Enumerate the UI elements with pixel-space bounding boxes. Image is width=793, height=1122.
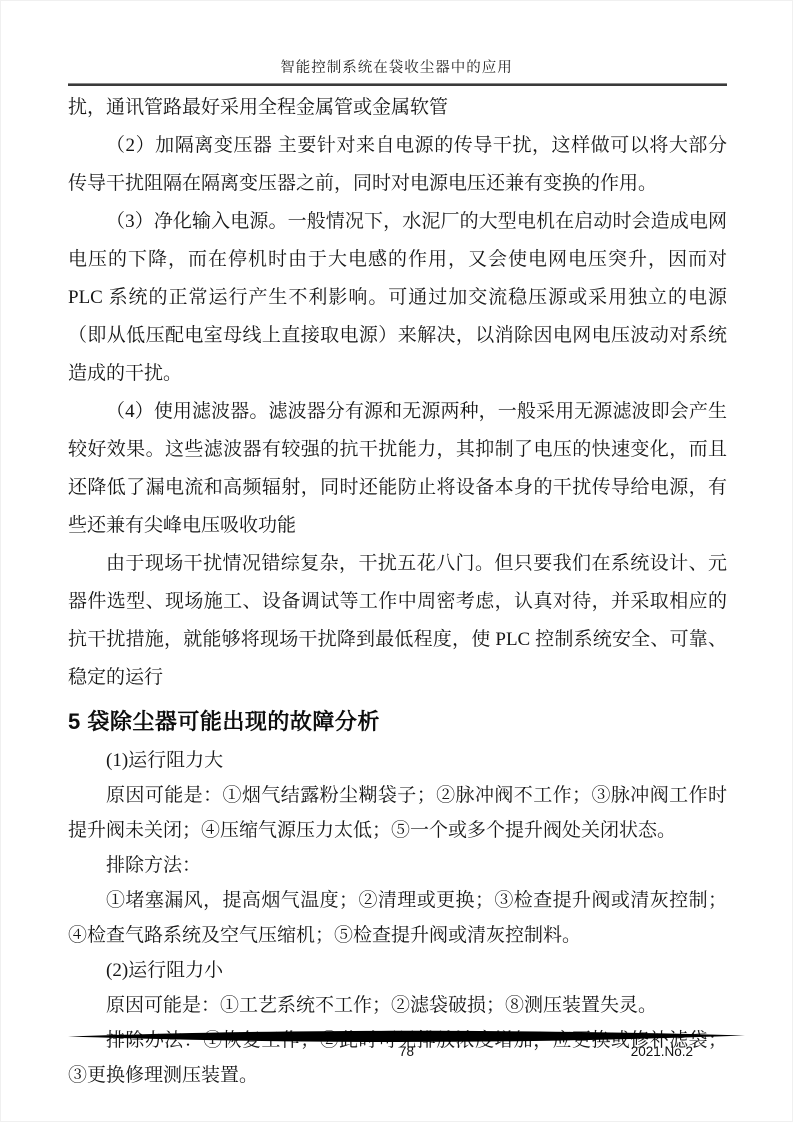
footer-row: 78 2021.No.2 xyxy=(68,1044,745,1062)
body-paragraph: 由于现场干扰情况错综复杂，干扰五花八门。但只要我们在系统设计、元器件选型、现场施… xyxy=(68,545,727,697)
page-number: 78 xyxy=(399,1044,414,1059)
body-paragraph: 排除方法： xyxy=(68,848,727,883)
footer-rule xyxy=(68,1030,745,1043)
section-heading: 5 袋除尘器可能出现的故障分析 xyxy=(68,708,727,736)
page-footer: 78 2021.No.2 xyxy=(68,1030,745,1062)
document-body: 扰，通讯管路最好采用全程金属管或金属软管 （2）加隔离变压器 主要针对来自电源的… xyxy=(68,89,727,1093)
body-paragraph: 原因可能是：①烟气结露粉尘糊袋子；②脉冲阀不工作；③脉冲阀工作时提升阀未关闭；④… xyxy=(68,778,727,848)
issue-label: 2021.No.2 xyxy=(631,1044,693,1059)
body-paragraph: （3）净化输入电源。一般情况下，水泥厂的大型电机在启动时会造成电网电压的下降，而… xyxy=(68,203,727,393)
body-paragraph: (1)运行阻力大 xyxy=(68,743,727,778)
body-paragraph: （2）加隔离变压器 主要针对来自电源的传导干扰，这样做可以将大部分传导干扰阻隔在… xyxy=(68,127,727,203)
body-paragraph: 原因可能是：①工艺系统不工作；②滤袋破损；⑧测压装置失灵。 xyxy=(68,988,727,1023)
document-page: 智能控制系统在袋收尘器中的应用 扰，通讯管路最好采用全程金属管或金属软管 （2）… xyxy=(0,0,793,1122)
running-header: 智能控制系统在袋收尘器中的应用 xyxy=(0,0,793,86)
body-paragraph: （4）使用滤波器。滤波器分有源和无源两种，一般采用无源滤波即会产生较好效果。这些… xyxy=(68,393,727,545)
body-paragraph: (2)运行阻力小 xyxy=(68,953,727,988)
body-paragraph: 扰，通讯管路最好采用全程金属管或金属软管 xyxy=(68,89,727,127)
header-rule xyxy=(68,83,727,86)
running-title: 智能控制系统在袋收尘器中的应用 xyxy=(0,58,793,78)
body-paragraph: ①堵塞漏风，提高烟气温度；②清理或更换；③检查提升阀或清灰控制；④检查气路系统及… xyxy=(68,883,727,953)
